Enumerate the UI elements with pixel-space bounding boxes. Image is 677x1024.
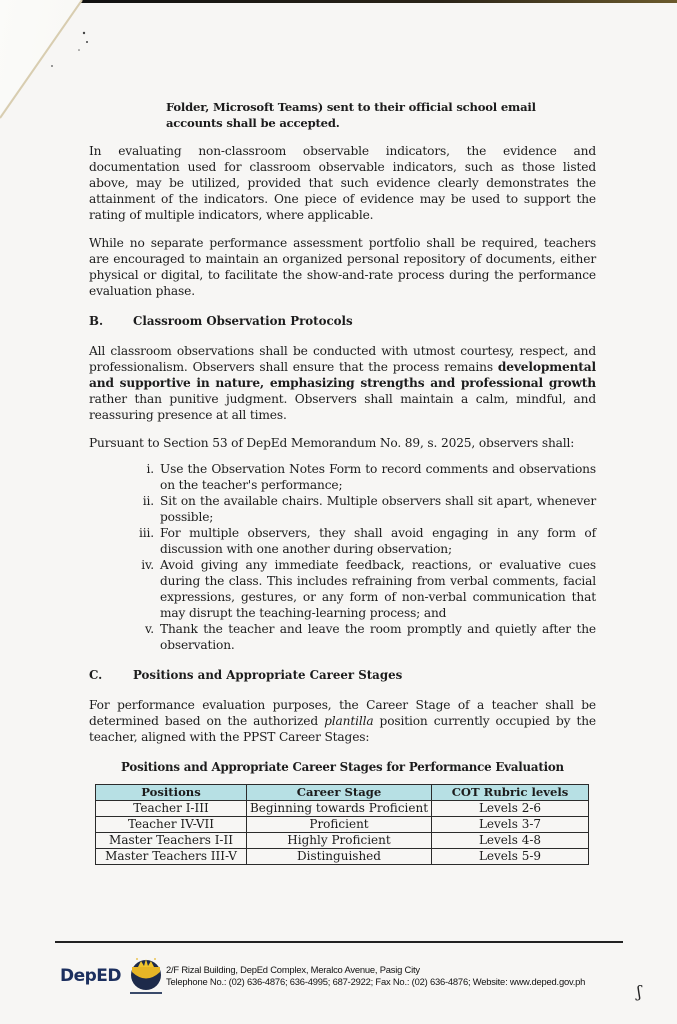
column-header: Positions bbox=[96, 785, 247, 801]
paragraph-career-stage: For performance evaluation purposes, the… bbox=[89, 697, 596, 745]
list-number: ii. bbox=[89, 493, 160, 525]
deped-logo-icon: DepED bbox=[60, 966, 116, 986]
page-top-edge bbox=[80, 0, 677, 3]
table-cell: Levels 5-9 bbox=[432, 849, 589, 865]
table-cell: Proficient bbox=[247, 817, 432, 833]
list-text: Sit on the available chairs. Multiple ob… bbox=[160, 493, 596, 525]
table-cell: Highly Proficient bbox=[247, 833, 432, 849]
footer-address: 2/F Rizal Building, DepEd Complex, Meral… bbox=[166, 964, 585, 976]
table-row: Master Teachers III-V Distinguished Leve… bbox=[96, 849, 589, 865]
table-cell: Master Teachers I-II bbox=[96, 833, 247, 849]
footer-address-block: 2/F Rizal Building, DepEd Complex, Meral… bbox=[166, 964, 585, 988]
list-item: v.Thank the teacher and leave the room p… bbox=[89, 621, 596, 653]
table-cell: Beginning towards Proficient bbox=[247, 801, 432, 817]
list-text: Use the Observation Notes Form to record… bbox=[160, 461, 596, 493]
table-title: Positions and Appropriate Career Stages … bbox=[89, 759, 596, 775]
continuation-bold-text: Folder, Microsoft Teams) sent to their o… bbox=[166, 99, 596, 131]
section-b-heading: B. Classroom Observation Protocols bbox=[89, 313, 596, 329]
text: rather than punitive judgment. Observers… bbox=[89, 392, 596, 422]
table-row: Teacher I-III Beginning towards Proficie… bbox=[96, 801, 589, 817]
table-cell: Levels 4-8 bbox=[432, 833, 589, 849]
paragraph-pursuant: Pursuant to Section 53 of DepEd Memorand… bbox=[89, 435, 596, 451]
section-c-letter: C. bbox=[89, 667, 133, 683]
folded-page-corner bbox=[0, 0, 82, 1024]
bagong-pilipinas-seal-icon bbox=[128, 955, 164, 997]
italic-term: plantilla bbox=[324, 714, 373, 728]
list-text: Thank the teacher and leave the room pro… bbox=[160, 621, 596, 653]
paragraph-portfolio: While no separate performance assessment… bbox=[89, 235, 596, 299]
letterhead-footer: DepED 2/F Rizal Building, DepEd Complex,… bbox=[60, 955, 585, 997]
handwritten-mark: ʃ bbox=[637, 982, 641, 1001]
list-text: For multiple observers, they shall avoid… bbox=[160, 525, 596, 557]
career-stages-table: Positions Career Stage COT Rubric levels… bbox=[95, 784, 589, 865]
table-row: Master Teachers I-II Highly Proficient L… bbox=[96, 833, 589, 849]
table-row: Teacher IV-VII Proficient Levels 3-7 bbox=[96, 817, 589, 833]
table-cell: Distinguished bbox=[247, 849, 432, 865]
list-number: iii. bbox=[89, 525, 160, 557]
table-header-row: Positions Career Stage COT Rubric levels bbox=[96, 785, 589, 801]
column-header: COT Rubric levels bbox=[432, 785, 589, 801]
list-number: v. bbox=[89, 621, 160, 653]
list-item: ii.Sit on the available chairs. Multiple… bbox=[89, 493, 596, 525]
footer-divider bbox=[55, 941, 623, 943]
document-page: Folder, Microsoft Teams) sent to their o… bbox=[89, 99, 596, 865]
section-b-title: Classroom Observation Protocols bbox=[133, 313, 353, 329]
table-cell: Teacher I-III bbox=[96, 801, 247, 817]
logo-text: DepED bbox=[60, 966, 121, 986]
observer-duties-list: i.Use the Observation Notes Form to reco… bbox=[89, 461, 596, 653]
section-c-title: Positions and Appropriate Career Stages bbox=[133, 667, 402, 683]
column-header: Career Stage bbox=[247, 785, 432, 801]
footer-contact: Telephone No.: (02) 636-4876; 636-4995; … bbox=[166, 976, 585, 988]
section-c-heading: C. Positions and Appropriate Career Stag… bbox=[89, 667, 596, 683]
list-number: iv. bbox=[89, 557, 160, 621]
table-cell: Levels 3-7 bbox=[432, 817, 589, 833]
list-item: iv.Avoid giving any immediate feedback, … bbox=[89, 557, 596, 621]
table-cell: Master Teachers III-V bbox=[96, 849, 247, 865]
list-item: iii.For multiple observers, they shall a… bbox=[89, 525, 596, 557]
paragraph-observation-conduct: All classroom observations shall be cond… bbox=[89, 343, 596, 423]
section-b-letter: B. bbox=[89, 313, 133, 329]
list-item: i.Use the Observation Notes Form to reco… bbox=[89, 461, 596, 493]
list-number: i. bbox=[89, 461, 160, 493]
table-cell: Teacher IV-VII bbox=[96, 817, 247, 833]
paragraph-non-classroom: In evaluating non-classroom observable i… bbox=[89, 143, 596, 223]
table-cell: Levels 2-6 bbox=[432, 801, 589, 817]
list-text: Avoid giving any immediate feedback, rea… bbox=[160, 557, 596, 621]
